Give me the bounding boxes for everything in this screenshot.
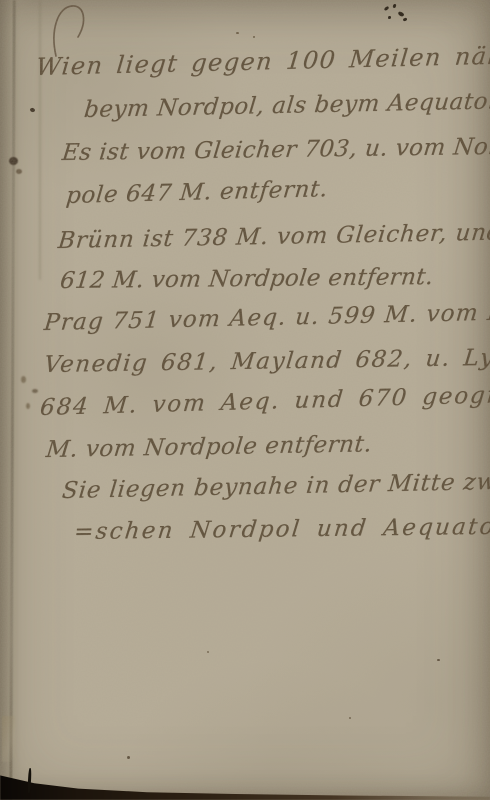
text-line: beym Nordpol, als beym Aequator. [82,87,490,126]
handwritten-text: Wien liegt gegen 100 Meilen näher beym N… [0,0,490,800]
text-line: 612 M. vom Nordpole entfernt. [58,263,435,297]
text-line: =schen Nordpol und Aequator. [72,513,490,548]
text-line: 684 M. vom Aeq. und 670 geograph. [39,380,490,424]
text-line: pole 647 M. entfernt. [65,175,330,212]
text-line: Sie liegen beynahe in der Mitte zwi= [60,467,490,507]
text-line: Venedig 681, Mayland 682, u. Lyon [42,343,490,380]
text-line: M. vom Nordpole entfernt. [44,430,373,466]
manuscript-page: Wien liegt gegen 100 Meilen näher beym N… [0,0,490,800]
text-line: Es ist vom Gleicher 703, u. vom Nord= [60,132,490,168]
text-line: Wien liegt gegen 100 Meilen näher [34,40,490,83]
text-line: Prag 751 vom Aeq. u. 599 M. vom Np. [43,298,490,339]
text-line: Brünn ist 738 M. vom Gleicher, und [56,218,490,256]
